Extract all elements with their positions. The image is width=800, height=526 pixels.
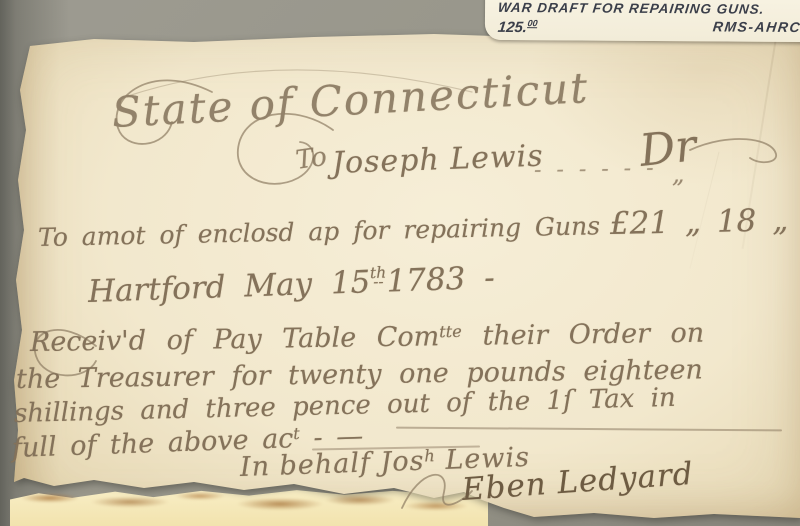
debtor-dr-abbreviation: Dr: [637, 120, 698, 177]
charge-amount: £21 „ 18 „ 3: [610, 202, 800, 242]
receipt-line-1-text: Receiv'd of Pay Table Com: [30, 321, 440, 358]
label-catalog-code: RMS-AHRC: [712, 18, 800, 35]
label-price: 125.00: [497, 18, 538, 36]
date-ordinal: th--: [370, 269, 387, 288]
debtor-dashes: - - - - - -: [534, 156, 658, 183]
dr-ditto-marks: „: [672, 160, 684, 188]
label-price-dollars: 125.: [497, 19, 528, 36]
archival-label: WAR DRAFT FOR REPAIRING GUNS. 125.00 RMS…: [485, 0, 800, 42]
debtor-name: Joseph Lewis: [331, 139, 544, 181]
committee-superscript: tte: [439, 322, 462, 341]
tear-stain: [18, 485, 470, 513]
date-year: 1783 -: [386, 260, 495, 300]
joseph-superscript: h: [424, 446, 436, 465]
behalf-text: In behalf Jos: [239, 446, 425, 483]
debtor-to-word: To: [294, 142, 329, 176]
date-ordinal-dashes: --: [373, 278, 384, 288]
photo-scene: State of Connecticut To Joseph Lewis - -…: [0, 0, 800, 526]
label-title: WAR DRAFT FOR REPAIRING GUNS.: [497, 0, 765, 17]
receipt-line-1-end: their Order on: [462, 318, 705, 352]
label-price-cents: 00: [527, 18, 538, 28]
